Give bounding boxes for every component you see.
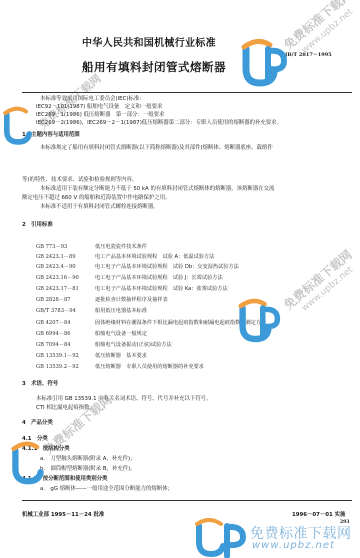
reference-title: 低压熔断器 专职人员使用的熔断器的补充要求 bbox=[95, 363, 204, 370]
reference-title: 电工电子产品基本环境试验规程 试验 Db：交变湿热试验方法 bbox=[95, 263, 239, 270]
list-item: b. 圆筒帽型熔断器(附录 B，补充件)。 bbox=[40, 466, 136, 473]
section-heading: 3 术语、符号 bbox=[22, 381, 58, 388]
section-heading: 2 引用标准 bbox=[22, 222, 53, 229]
list-item: a. gG 熔断体——一般用途全范围分断能力的熔断体； bbox=[40, 486, 173, 493]
reference-code: GB 2423.4－90 bbox=[36, 263, 76, 270]
up-brand-logo-icon bbox=[195, 518, 247, 558]
section-heading: 1 主题内容与适用范围 bbox=[22, 132, 80, 139]
reference-code: GB 6994－86 bbox=[36, 330, 71, 337]
reference-code: GB/T 3783－94 bbox=[36, 307, 76, 314]
reference-title: 电工电子产品基本环境试验规程 试验 Ka：盐雾试验方法 bbox=[95, 285, 228, 292]
standard-category: 中华人民共和国机械行业标准 bbox=[82, 34, 216, 49]
reference-title: 电工电子产品基本环境试验规程 试验 J：长霉试验方法 bbox=[95, 274, 223, 281]
effective-date: 1996－07－01 实施 bbox=[292, 510, 345, 518]
paragraph: 额定电压不超过 660 V 的船舶和近海装置中作电路保护之用。 bbox=[22, 195, 171, 202]
approval-date: 机械工业部 1995－11－24 批准 bbox=[22, 510, 104, 518]
reference-code: GB 2423.16－90 bbox=[36, 274, 79, 281]
reference-code: GB 2423.17－81 bbox=[36, 285, 79, 292]
reference-title: 固体绝缘材料在潮湿条件下相比漏电起痕指数和耐漏电起痕指数的测定方法 bbox=[95, 319, 266, 326]
paragraph: 本标准引用 GB 13539.1 中有关名词术语、符号、代号并补充以下符号。 bbox=[36, 396, 211, 403]
subsection-heading: 4.1.2 按分断范围和使用类别分类 bbox=[22, 476, 107, 483]
brand-url[interactable]: www.upbz.net bbox=[252, 540, 335, 551]
paragraph: 等)的特性、技术要求、试验和检验规则等内容。 bbox=[22, 177, 137, 184]
paragraph: 本标准规定了船用有填料封闭管式熔断器(以下简称熔断器)及其部件(熔断体、熔断器底… bbox=[40, 145, 273, 152]
reference-code: GB 773－93 bbox=[36, 243, 67, 250]
reference-title: 电工产品基本环境试验规程 试验 A：低温试验方法 bbox=[95, 253, 214, 260]
paragraph: 本标准不适用于有填料封闭管式螺栓连接熔断器。 bbox=[40, 204, 159, 211]
reference-code: GB 7094－84 bbox=[36, 341, 71, 348]
document-title: 船用有填料封闭管式熔断器 bbox=[82, 59, 226, 75]
reference-title: 逐批检查计数抽样程序及抽样表 bbox=[95, 296, 168, 303]
reference-code: GB 4207－84 bbox=[36, 319, 71, 326]
list-item: a. 刀型触头熔断器(附录 A，补充件)； bbox=[40, 456, 135, 463]
reference-title: 船舶电气设备一般规定 bbox=[95, 330, 147, 337]
reference-code: GB 2423.1－89 bbox=[36, 253, 76, 260]
reference-code: GB 13539.2－92 bbox=[36, 363, 79, 370]
reference-title: 船舶电气设备振动(正弦)试验方法 bbox=[95, 341, 172, 348]
preface-item: IEC269－2(1986)，IEC269－2－1(1987)低压熔断器第二部分… bbox=[36, 120, 282, 127]
reference-title: 低压熔断器 基本要求 bbox=[95, 352, 147, 359]
reference-code: GB 13539.1－92 bbox=[36, 352, 79, 359]
reference-code: GB 2828－87 bbox=[36, 296, 71, 303]
paragraph: 本标准适用于装有额定分断能力不低于 50 kA 的有填料封闭管式熔断体的熔断器，… bbox=[40, 186, 274, 193]
section-heading: 4 产品分类 bbox=[22, 420, 53, 427]
reference-title: 船用低压电器基本标准 bbox=[95, 307, 147, 314]
reference-title: 低压电瓷瓷件技术条件 bbox=[95, 243, 147, 250]
footer-rule bbox=[22, 500, 352, 501]
